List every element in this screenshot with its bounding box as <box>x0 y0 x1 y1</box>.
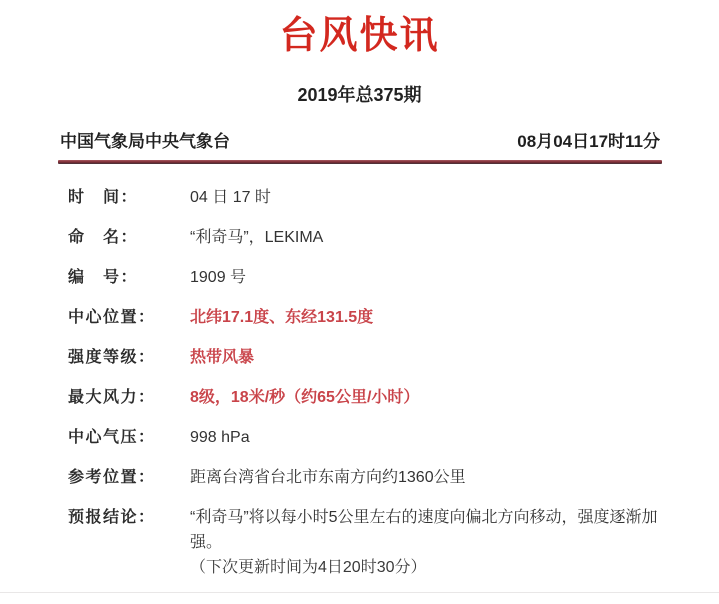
info-row-center-pressure: 中心气压： 998 hPa <box>68 425 669 450</box>
field-value: 998 hPa <box>190 425 669 450</box>
field-value: 8级，18米/秒（约65公里/小时） <box>190 385 669 410</box>
header-divider <box>58 160 662 164</box>
field-label: 预报结论： <box>68 505 166 580</box>
info-row-max-wind: 最大风力： 8级，18米/秒（约65公里/小时） <box>68 385 669 410</box>
field-value: 04 日 17 时 <box>190 185 669 210</box>
field-label: 中心位置： <box>68 305 166 330</box>
info-table: 时 间： 04 日 17 时 命 名： “利奇马”，LEKIMA 编 号： 19… <box>68 185 669 580</box>
info-row-number: 编 号： 1909 号 <box>68 265 669 290</box>
forecast-text: “利奇马”将以每小时5公里左右的速度向偏北方向移动，强度逐渐加强。 <box>190 509 658 551</box>
field-label: 编 号： <box>68 265 166 290</box>
agency-name: 中国气象局中央气象台 <box>60 130 230 153</box>
info-row-intensity: 强度等级： 热带风暴 <box>68 345 669 370</box>
typhoon-bulletin: 台风快讯 2019年总375期 中国气象局中央气象台 08月04日17时11分 … <box>0 14 719 580</box>
field-value: 1909 号 <box>190 265 669 290</box>
info-row-center-position: 中心位置： 北纬17.1度、东经131.5度 <box>68 305 669 330</box>
field-label: 时 间： <box>68 185 166 210</box>
info-row-forecast: 预报结论： “利奇马”将以每小时5公里左右的速度向偏北方向移动，强度逐渐加强。 … <box>68 505 669 580</box>
field-value: 热带风暴 <box>190 345 669 370</box>
field-label: 强度等级： <box>68 345 166 370</box>
next-update-note: （下次更新时间为4日20时30分） <box>190 555 669 580</box>
field-label: 命 名： <box>68 225 166 250</box>
field-value: “利奇马”，LEKIMA <box>190 225 669 250</box>
field-label: 中心气压： <box>68 425 166 450</box>
field-value: “利奇马”将以每小时5公里左右的速度向偏北方向移动，强度逐渐加强。 （下次更新时… <box>190 505 669 580</box>
bulletin-header: 中国气象局中央气象台 08月04日17时11分 <box>60 130 660 153</box>
bottom-divider <box>0 592 719 593</box>
info-row-reference-position: 参考位置： 距离台湾省台北市东南方向约1360公里 <box>68 465 669 490</box>
info-row-name: 命 名： “利奇马”，LEKIMA <box>68 225 669 250</box>
field-label: 参考位置： <box>68 465 166 490</box>
field-label: 最大风力： <box>68 385 166 410</box>
page-title: 台风快讯 <box>0 14 719 58</box>
info-row-time: 时 间： 04 日 17 时 <box>68 185 669 210</box>
field-value: 北纬17.1度、东经131.5度 <box>190 305 669 330</box>
issue-number: 2019年总375期 <box>0 84 719 106</box>
field-value: 距离台湾省台北市东南方向约1360公里 <box>190 465 669 490</box>
issue-datetime: 08月04日17时11分 <box>517 130 660 153</box>
